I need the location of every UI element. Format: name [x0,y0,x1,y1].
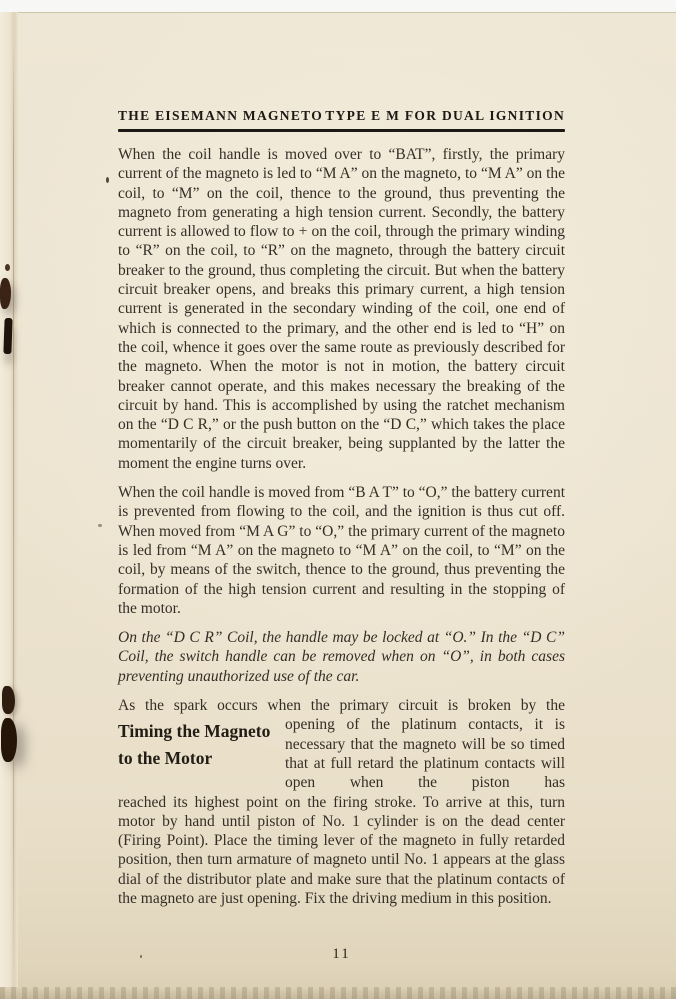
header-rule [118,129,565,132]
page-bottom-edge [0,987,676,999]
body-text: When the coil handle is moved over to “B… [118,145,565,908]
left-gutter-shading [0,12,18,999]
paragraph-timing-rest: reached its highest point on the firing … [118,793,565,909]
print-speck [98,524,102,527]
scanned-book-page: THE EISEMANN MAGNETO TYPE E M FOR DUAL I… [0,0,676,999]
timing-section-row: Timing the Magneto to the Motor opening … [118,715,565,792]
page-number: 11 [118,946,565,963]
binding-staple-mark [3,318,12,354]
paragraph-timing-intro-line: As the spark occurs when the primary cir… [118,696,565,715]
paragraph-coil-handle-off: When the coil handle is moved from “B A … [118,483,565,618]
paragraph-timing-wrapped: opening of the platinum contacts, it is … [285,715,565,792]
side-heading-line-1: Timing the Magneto [118,718,285,745]
print-speck [106,177,109,183]
side-heading-line-2: to the Motor [118,745,285,772]
paper-page: THE EISEMANN MAGNETO TYPE E M FOR DUAL I… [0,12,676,999]
paragraph-lock-note-italic: On the “D C R” Coil, the handle may be l… [118,628,565,686]
running-head-right: TYPE E M FOR DUAL IGNITION [325,108,565,124]
text-column: THE EISEMANN MAGNETO TYPE E M FOR DUAL I… [118,108,565,908]
binding-ink-mark [5,264,10,271]
side-heading-timing: Timing the Magneto to the Motor [118,715,285,792]
running-head-left: THE EISEMANN MAGNETO [118,108,323,124]
paragraph-coil-handle-bat: When the coil handle is moved over to “B… [118,145,565,473]
binding-ink-mark [2,686,15,714]
gutter-crease-line [13,42,14,972]
running-head: THE EISEMANN MAGNETO TYPE E M FOR DUAL I… [118,108,565,124]
binding-ink-mark [1,718,17,762]
